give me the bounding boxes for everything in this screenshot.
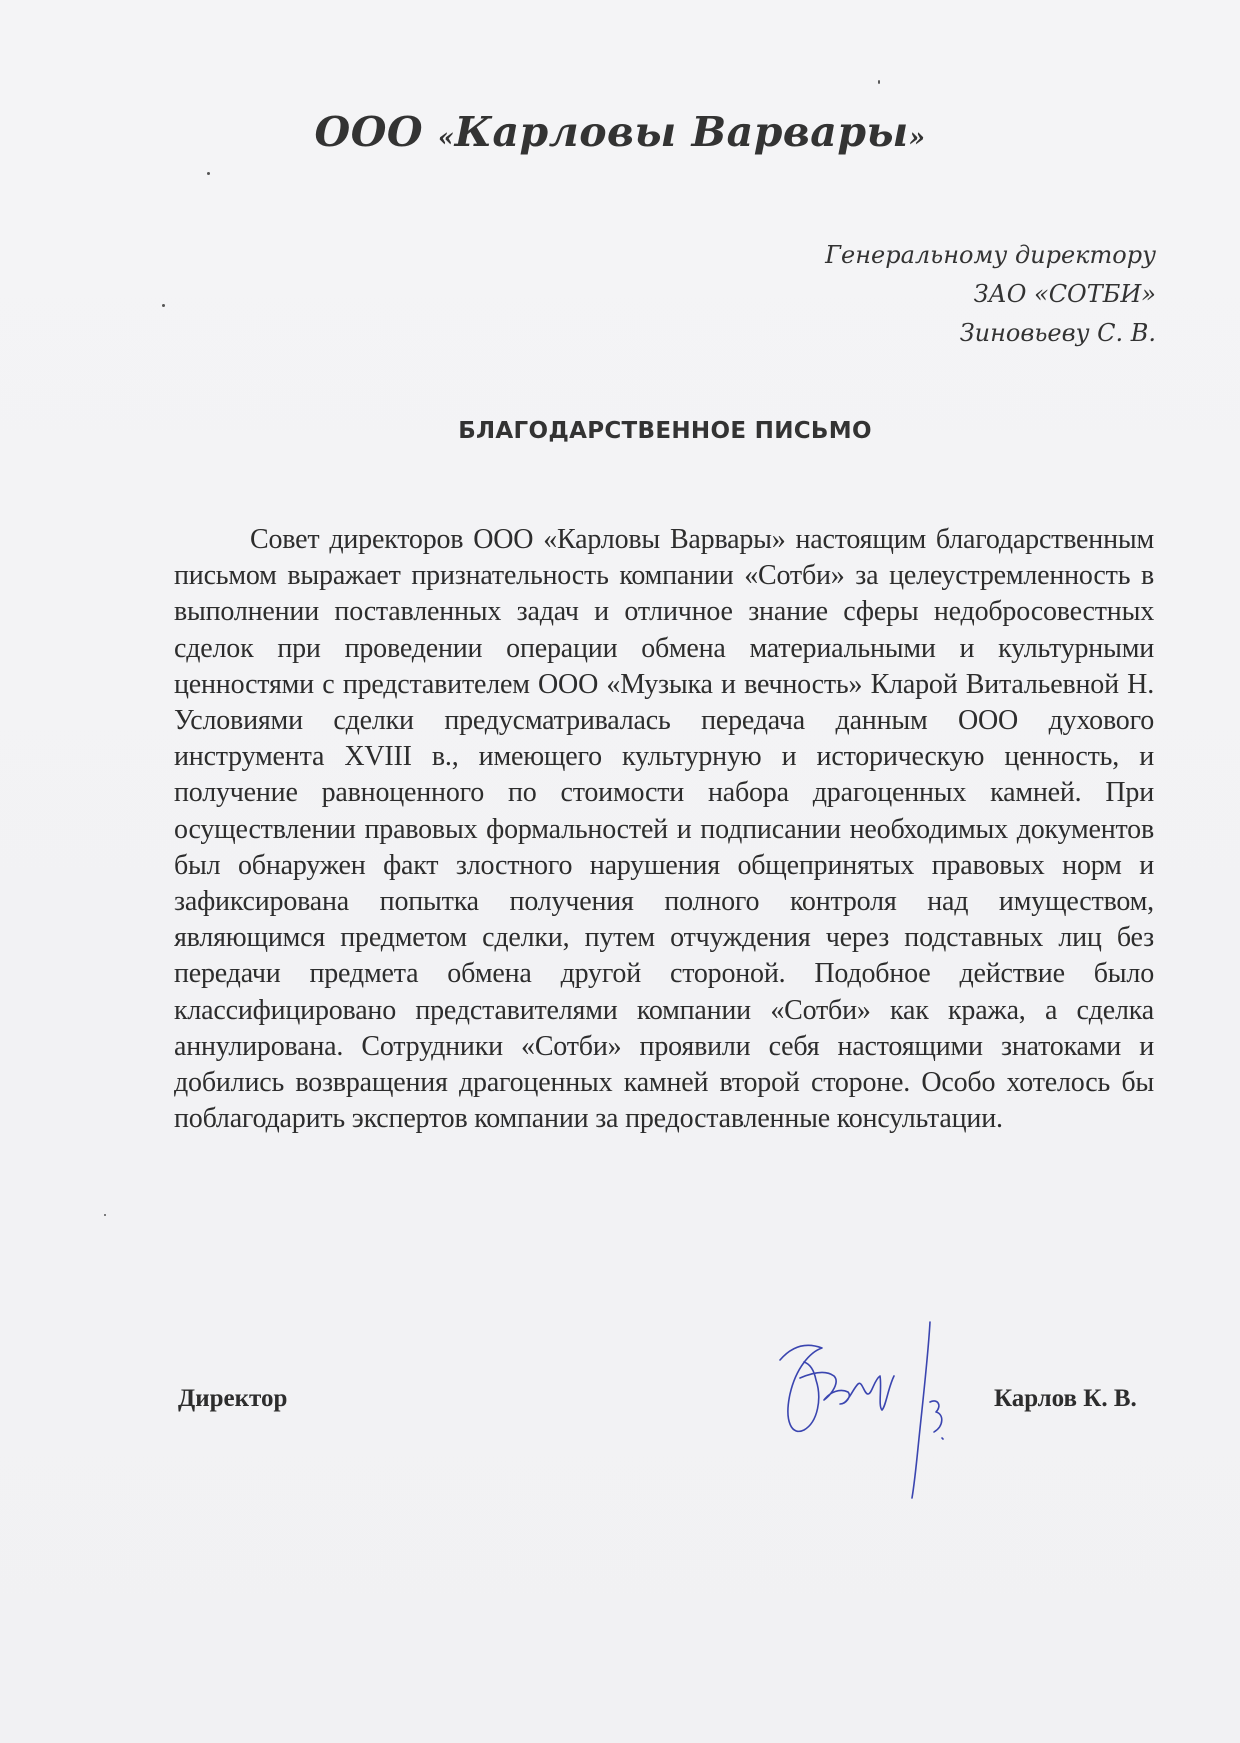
- close-quote: »: [909, 123, 926, 153]
- signatory-role: Директор: [178, 1385, 287, 1413]
- document-title: БЛАГОДАРСТВЕННОЕ ПИСЬМО: [0, 418, 1240, 444]
- letter-body: Совет директоров ООО «Карловы Варвары» н…: [174, 522, 1154, 1137]
- signatory-name: Карлов К. В.: [994, 1385, 1137, 1413]
- company-name: Карловы Варвары: [455, 108, 909, 156]
- letter-page: ООО «Карловы Варвары» Генеральному дирек…: [0, 0, 1240, 1743]
- scan-speck: [104, 1214, 106, 1216]
- addressee-block: Генеральному директору ЗАО «СОТБИ» Зинов…: [825, 236, 1156, 353]
- addressee-name: Зиновьеву С. В.: [825, 314, 1156, 353]
- company-letterhead: ООО «Карловы Варвары»: [0, 108, 1240, 156]
- scan-speck: [878, 80, 880, 84]
- signature-row: Директор Карлов К. В.: [0, 1385, 1240, 1515]
- company-prefix: ООО: [314, 108, 423, 156]
- open-quote: «: [438, 123, 455, 153]
- addressee-position: Генеральному директору: [825, 236, 1156, 275]
- addressee-company: ЗАО «СОТБИ»: [825, 275, 1156, 314]
- handwritten-signature-icon: [770, 1318, 990, 1518]
- scan-speck: [207, 172, 210, 175]
- scan-speck: [162, 304, 165, 307]
